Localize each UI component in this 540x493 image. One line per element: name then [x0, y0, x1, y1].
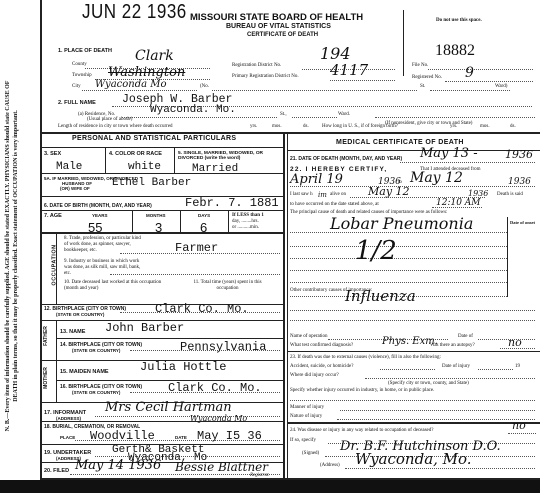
length-of-residence-label: Length of residence in city or town wher… — [58, 124, 173, 130]
foreign-birth-label: How long in U. S., if of foreign birth? — [322, 124, 398, 130]
days-label: DAYS — [198, 213, 210, 219]
mos-label: mos. — [272, 124, 282, 130]
attended-from-value: April 19 — [290, 174, 343, 186]
age-label: 7. AGE — [44, 213, 62, 219]
months-label: MONTHS — [146, 213, 166, 219]
us-ds-label: ds. — [510, 124, 516, 130]
spouse-value: Ethel Barber — [112, 177, 191, 189]
county-value: Clark — [135, 50, 174, 62]
informant-address: Wyaconda Mo — [190, 413, 247, 425]
do-not-use-note: Do not use this space. — [436, 18, 482, 24]
registration-district-label: Registration District No. — [232, 63, 281, 69]
us-mos-label: mos. — [480, 124, 490, 130]
date-label: DATE — [175, 435, 187, 441]
occurred-label: to have occurred on the date stated abov… — [290, 202, 379, 208]
city-value: Wyaconda Mo — [95, 79, 167, 91]
attended-to-value: May 12 — [410, 172, 463, 184]
last-saw-value: May 12 — [368, 186, 410, 198]
signed-label: (Signed) — [302, 451, 319, 457]
received-stamp: JUN 22 1936 — [82, 0, 187, 24]
place-of-death-label: 1. PLACE OF DEATH — [58, 48, 112, 54]
death-said-text: Death is said — [497, 192, 523, 198]
occupation-related-label: 24. Was disease or injury in any way rel… — [290, 428, 433, 434]
years-label: YEARS — [92, 213, 108, 219]
external-causes-label: 23. If death was due to external causes … — [290, 355, 441, 361]
header-certificate: CERTIFICATE OF DEATH — [247, 32, 318, 38]
wife-of-label: (OR) WIFE OF — [60, 186, 90, 192]
burial-place-value: Woodville — [90, 430, 155, 442]
last-saw-pronoun: im — [318, 189, 327, 201]
filed-label: 20. FILED — [44, 468, 69, 474]
total-time-label: 11. Total time (years) spent in this occ… — [190, 280, 265, 292]
date-of-death-year: 1936 — [505, 149, 533, 161]
personal-heading: PERSONAL AND STATISTICAL PARTICULARS — [72, 135, 236, 142]
manner-label: Manner of injury — [290, 405, 324, 411]
registration-district-value: 194 — [320, 48, 351, 60]
mother-name-label: 15. MAIDEN NAME — [60, 369, 109, 375]
specify-label: If so, specify — [290, 438, 316, 444]
birthplace-value: Clark Co. Mo. — [155, 303, 249, 315]
cause-note-value: 1/2 — [355, 245, 397, 257]
header-title: MISSOURI STATE BOARD OF HEALTH — [190, 12, 363, 23]
father-side-label: FATHER — [43, 326, 49, 346]
trade-value: Farmer — [175, 242, 218, 254]
ward-label: Ward) — [495, 84, 507, 90]
full-name-label: 2. FULL NAME — [58, 100, 96, 106]
onset-label: Date of onset — [510, 220, 535, 226]
other-cause-value: Influenza — [345, 290, 416, 302]
nature-label: Nature of injury — [290, 414, 322, 420]
residence-ward-label: Ward. — [338, 112, 350, 118]
registered-no-label: Registered No. — [412, 75, 442, 81]
no-label: (No. — [200, 84, 209, 90]
operation-label: Name of operation — [290, 334, 328, 340]
mother-birthplace-value: Clark Co. Mo. — [168, 382, 262, 394]
physician-address: Wyaconda, Mo. — [355, 453, 472, 465]
township-value: Washington — [108, 67, 185, 79]
last-worked-label: 10. Date deceased last worked at this oc… — [64, 280, 169, 292]
father-name-label: 13. NAME — [60, 329, 85, 335]
township-label: Township — [72, 73, 92, 79]
marital-label: 5. SINGLE, MARRIED, WIDOWED, OR DIVORCED… — [178, 151, 278, 161]
cause-of-death-value: Lobar Pneumonia — [330, 218, 473, 230]
accident-label: Accident, suicide, or homicide? — [290, 364, 353, 370]
father-birthplace-sub: (STATE OR COUNTRY) — [72, 348, 120, 354]
father-birthplace-value: Pennsylvania — [180, 341, 266, 353]
primary-registration-value: 4117 — [330, 64, 368, 76]
injury-date-label: Date of injury — [442, 364, 470, 370]
last-saw-label: I last saw h — [290, 192, 313, 198]
medical-heading: MEDICAL CERTIFICATE OF DEATH — [336, 139, 464, 146]
trade-label: 8. Trade, profession, or particular kind… — [64, 236, 144, 254]
file-no-label: File No. — [412, 63, 428, 69]
mother-name-value: Julia Hottle — [140, 361, 226, 373]
dob-value: Febr. 7. 1881 — [185, 197, 279, 209]
address-label: (Address) — [320, 463, 340, 469]
filed-date-value: May 14 1936 — [75, 460, 161, 472]
residence-value: Wyaconda. Mo. — [150, 104, 236, 116]
residence-st-label: St., — [280, 112, 287, 118]
autopsy-label: Was there an autopsy? — [430, 343, 475, 349]
where-label: Where did injury occur? — [290, 373, 339, 379]
injury-year-label: 19 — [515, 364, 520, 370]
occupation-related-value: no — [512, 420, 526, 432]
dob-label: 6. DATE OF BIRTH (MONTH, DAY, AND YEAR) — [44, 203, 152, 209]
autopsy-value: no — [508, 337, 522, 349]
registrar-label: Registrar. — [250, 473, 270, 479]
date-of-death-label: 21. DATE OF DEATH (MONTH, DAY, AND YEAR) — [290, 156, 402, 162]
header-bureau: BUREAU OF VITAL STATISTICS — [226, 23, 331, 30]
alive-on-label: alive on — [330, 192, 346, 198]
us-yrs-label: yrs. — [450, 124, 457, 130]
mother-birthplace-sub: (STATE OR COUNTRY) — [72, 390, 120, 396]
father-name-value: John Barber — [105, 322, 184, 334]
sex-label: 3. SEX — [44, 151, 61, 157]
race-label: 4. COLOR OR RACE — [109, 151, 162, 157]
race-value: white — [128, 161, 161, 173]
yrs-label: yrs. — [250, 124, 257, 130]
nonresident-note: (If nonresident, give city or town and S… — [385, 121, 472, 127]
operation-date-label: Date of — [458, 334, 473, 340]
st-label: St. — [420, 84, 425, 90]
less-min-label: or ..........min. — [232, 225, 259, 231]
margin-note: N. B.—Every item of information should b… — [4, 71, 26, 441]
where-sub: (Specify city or town, county, and State… — [388, 381, 469, 387]
registered-no-value: 9 — [465, 67, 474, 79]
burial-date-value: May I5 36 — [197, 430, 262, 442]
date-of-death-value: May 13 - — [420, 148, 478, 160]
birthplace-sub: (STATE OR COUNTRY) — [56, 312, 104, 318]
city-label: City — [72, 84, 81, 90]
certificate-number: 18882 — [435, 42, 475, 60]
ds-label: ds. — [303, 124, 309, 130]
mother-side-label: MOTHER — [43, 367, 49, 389]
test-label: What test confirmed diagnosis? — [290, 343, 353, 349]
place-label: PLACE — [60, 435, 75, 441]
industry-home-label: Specify whether injury occurred in indus… — [290, 388, 434, 394]
time-of-death-value: 12:10 AM — [436, 197, 481, 209]
sex-value: Male — [56, 161, 82, 173]
registrar-signature: Bessie Blattner — [175, 461, 268, 473]
primary-registration-label: Primary Registration District No. — [232, 74, 299, 80]
attended-to-year: 1936 — [508, 176, 531, 188]
